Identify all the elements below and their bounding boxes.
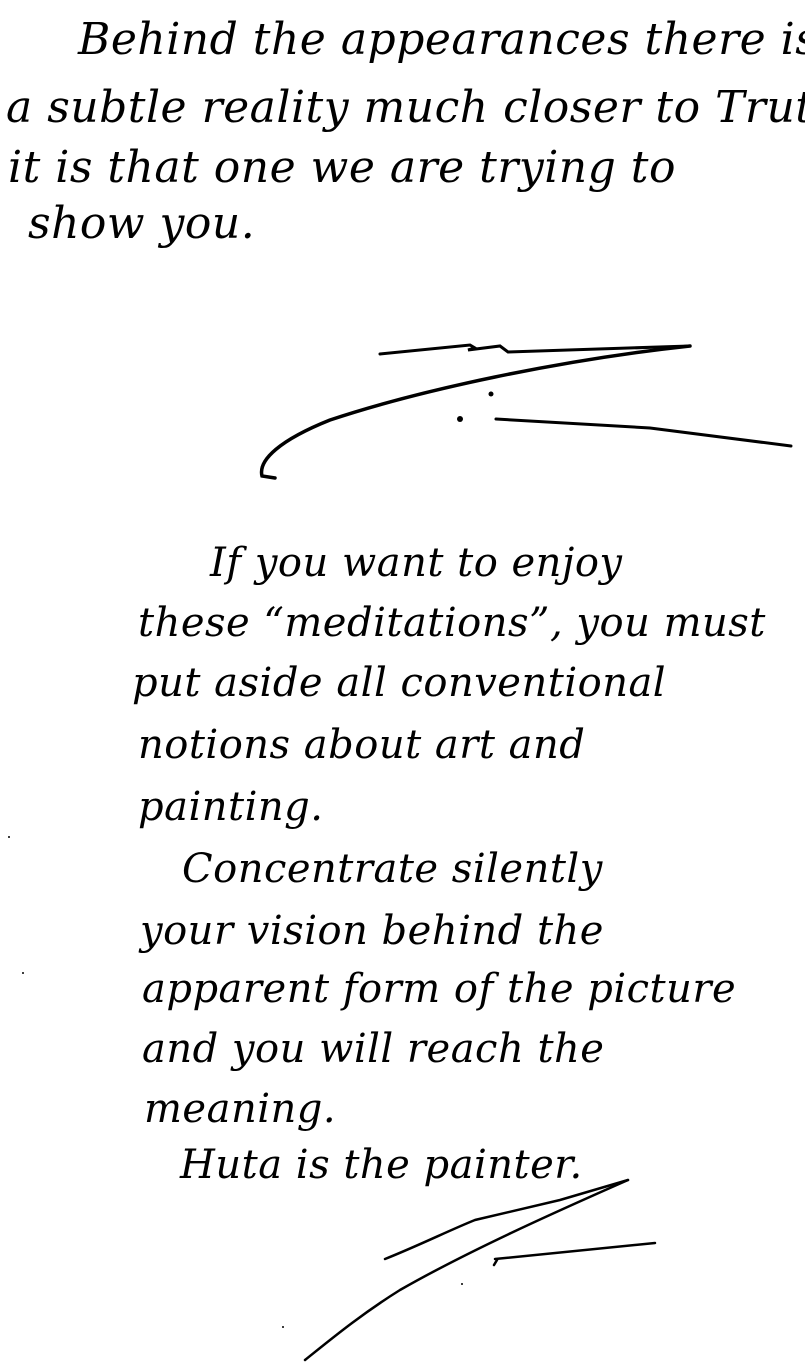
paper-speck [461,1283,463,1285]
closing-signature-icon [0,0,805,1362]
handwritten-page: Behind the appearances there is a subtle… [0,0,805,1362]
paper-speck [8,836,10,838]
paper-speck [282,1326,284,1328]
paper-speck [22,972,24,974]
